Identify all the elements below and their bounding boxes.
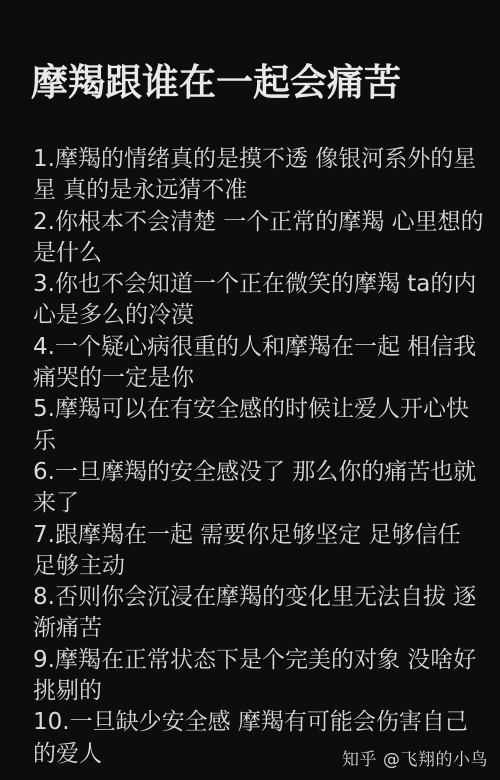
list-item-2: 2.你根本不会清楚 一个正常的摩羯 心里想的 是什么 — [33, 207, 492, 270]
list-item-9: 9.摩羯在正常状态下是个完美的对象 没啥好 挑剔的 — [33, 645, 492, 708]
watermark-author: @飞翔的小鸟 — [383, 750, 488, 770]
page-title: 摩羯跟谁在一起会痛苦 — [31, 60, 500, 106]
list-item-4: 4.一个疑心病很重的人和摩羯在一起 相信我 痛哭的一定是你 — [33, 332, 492, 395]
list-item-6: 6.一旦摩羯的安全感没了 那么你的痛苦也就 来了 — [33, 457, 492, 520]
list-item-1: 1.摩羯的情绪真的是摸不透 像银河系外的星 星 真的是永远猜不准 — [33, 144, 492, 207]
list-item-7: 7.跟摩羯在一起 需要你足够坚定 足够信任 足够主动 — [33, 520, 492, 583]
list-item-3: 3.你也不会知道一个正在微笑的摩羯 ta的内 心是多么的冷漠 — [33, 269, 492, 332]
watermark-brand: 知乎 — [342, 750, 377, 770]
list-item-5: 5.摩羯可以在有安全感的时候让爱人开心快 乐 — [33, 394, 492, 457]
points-list: 1.摩羯的情绪真的是摸不透 像银河系外的星 星 真的是永远猜不准 2.你根本不会… — [33, 144, 492, 770]
post-image-card: 摩羯跟谁在一起会痛苦 1.摩羯的情绪真的是摸不透 像银河系外的星 星 真的是永远… — [0, 60, 500, 770]
list-item-8: 8.否则你会沉浸在摩羯的变化里无法自拔 逐 渐痛苦 — [33, 582, 492, 645]
watermark: 知乎@飞翔的小鸟 — [342, 749, 488, 771]
